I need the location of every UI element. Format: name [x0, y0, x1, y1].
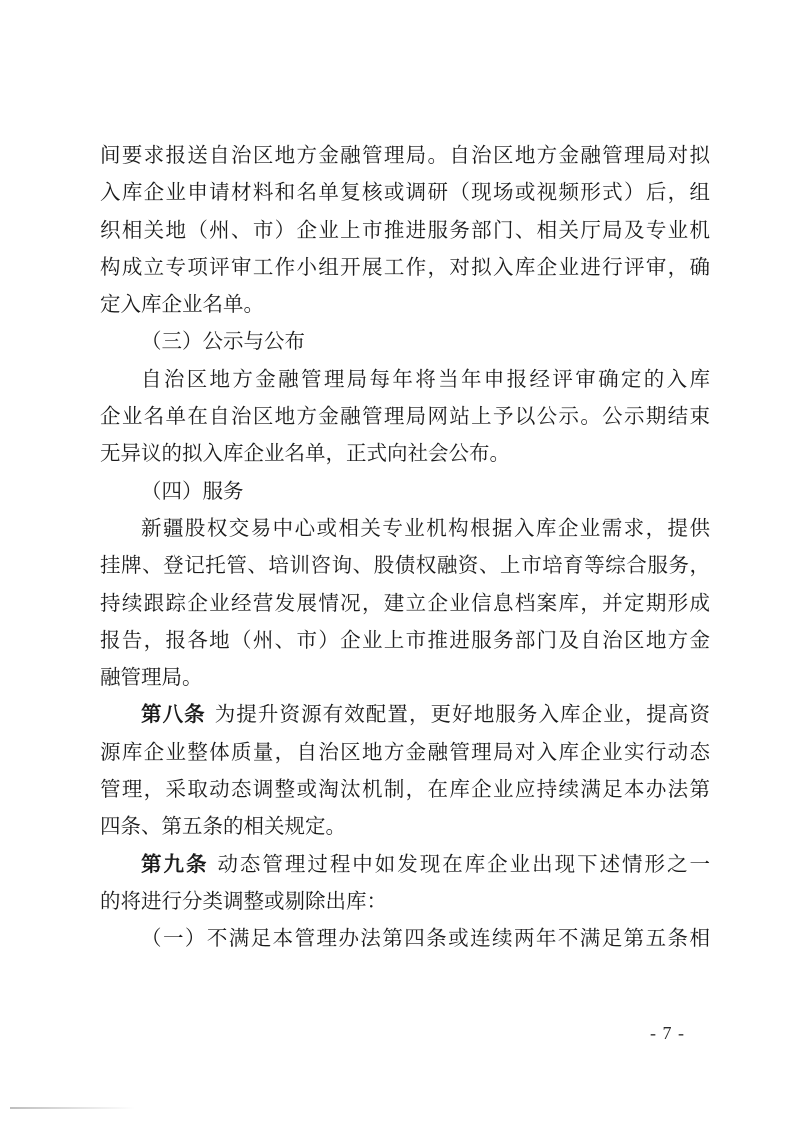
text-line: 挂牌、登记托管、培训咨询、股债权融资、上市培育等综合服务， [100, 548, 710, 585]
line-text: 间要求报送自治区地方金融管理局。自治区地方金融管理局对拟 [100, 145, 710, 167]
text-line: 第八条为提升资源有效配置，更好地服务入库企业，提高资 [100, 697, 710, 734]
line-text: 动态管理过程中如发现在库企业出现下述情形之一 [217, 854, 710, 876]
line-text: 四条、第五条的相关规定。 [100, 816, 346, 838]
line-text: 定入库企业名单。 [100, 294, 264, 316]
text-line: 持续跟踪企业经营发展情况，建立企业信息档案库，并定期形成 [100, 586, 710, 623]
scan-artifact-line [10, 1107, 135, 1109]
line-text: 无异议的拟入库企业名单，正式向社会公布。 [100, 443, 510, 465]
line-text: 融管理局。 [100, 667, 203, 689]
text-line: 构成立专项评审工作小组开展工作，对拟入库企业进行评审，确 [100, 250, 710, 287]
text-line: 融管理局。 [100, 660, 710, 697]
line-text: 持续跟踪企业经营发展情况，建立企业信息档案库，并定期形成 [100, 593, 710, 615]
text-line: （四）服务 [100, 474, 710, 511]
line-text: 自治区地方金融管理局每年将当年申报经评审确定的入库 [141, 369, 710, 391]
article-number: 第八条 [141, 704, 206, 726]
text-line: 间要求报送自治区地方金融管理局。自治区地方金融管理局对拟 [100, 138, 710, 175]
line-text: （一）不满足本管理办法第四条或连续两年不满足第五条相 [141, 928, 710, 950]
line-text: （四）服务 [141, 481, 244, 503]
line-text: 入库企业申请材料和名单复核或调研（现场或视频形式）后，组 [100, 182, 710, 204]
line-text: 新疆股权交易中心或相关专业机构根据入库企业需求，提供 [141, 518, 710, 540]
line-text: 的将进行分类调整或剔除出库： [100, 891, 387, 913]
text-line: 源库企业整体质量，自治区地方金融管理局对入库企业实行动态 [100, 735, 710, 772]
document-body: 间要求报送自治区地方金融管理局。自治区地方金融管理局对拟入库企业申请材料和名单复… [100, 138, 710, 959]
text-line: （三）公示与公布 [100, 324, 710, 361]
text-line: 入库企业申请材料和名单复核或调研（现场或视频形式）后，组 [100, 175, 710, 212]
text-line: 定入库企业名单。 [100, 287, 710, 324]
line-text: 为提升资源有效配置，更好地服务入库企业，提高资 [215, 704, 710, 726]
text-line: 企业名单在自治区地方金融管理局网站上予以公示。公示期结束 [100, 399, 710, 436]
line-text: （三）公示与公布 [141, 331, 305, 353]
text-line: （一）不满足本管理办法第四条或连续两年不满足第五条相 [100, 921, 710, 958]
line-text: 挂牌、登记托管、培训咨询、股债权融资、上市培育等综合服务， [100, 555, 710, 577]
text-line: 的将进行分类调整或剔除出库： [100, 884, 710, 921]
text-line: 无异议的拟入库企业名单，正式向社会公布。 [100, 436, 710, 473]
line-text: 管理，采取动态调整或淘汰机制，在库企业应持续满足本办法第 [100, 779, 710, 801]
line-text: 源库企业整体质量，自治区地方金融管理局对入库企业实行动态 [100, 742, 710, 764]
text-line: 新疆股权交易中心或相关专业机构根据入库企业需求，提供 [100, 511, 710, 548]
scanned-document-page: 间要求报送自治区地方金融管理局。自治区地方金融管理局对拟入库企业申请材料和名单复… [0, 0, 793, 1121]
text-line: 第九条动态管理过程中如发现在库企业出现下述情形之一 [100, 847, 710, 884]
text-line: 四条、第五条的相关规定。 [100, 809, 710, 846]
line-text: 构成立专项评审工作小组开展工作，对拟入库企业进行评审，确 [100, 257, 710, 279]
article-number: 第九条 [141, 854, 208, 876]
text-line: 自治区地方金融管理局每年将当年申报经评审确定的入库 [100, 362, 710, 399]
line-text: 报告，报各地（州、市）企业上市推进服务部门及自治区地方金 [100, 630, 710, 652]
text-line: 管理，采取动态调整或淘汰机制，在库企业应持续满足本办法第 [100, 772, 710, 809]
text-line: 报告，报各地（州、市）企业上市推进服务部门及自治区地方金 [100, 623, 710, 660]
line-text: 企业名单在自治区地方金融管理局网站上予以公示。公示期结束 [100, 406, 710, 428]
text-line: 织相关地（州、市）企业上市推进服务部门、相关厅局及专业机 [100, 213, 710, 250]
line-text: 织相关地（州、市）企业上市推进服务部门、相关厅局及专业机 [100, 220, 710, 242]
page-number: - 7 - [650, 1022, 685, 1044]
